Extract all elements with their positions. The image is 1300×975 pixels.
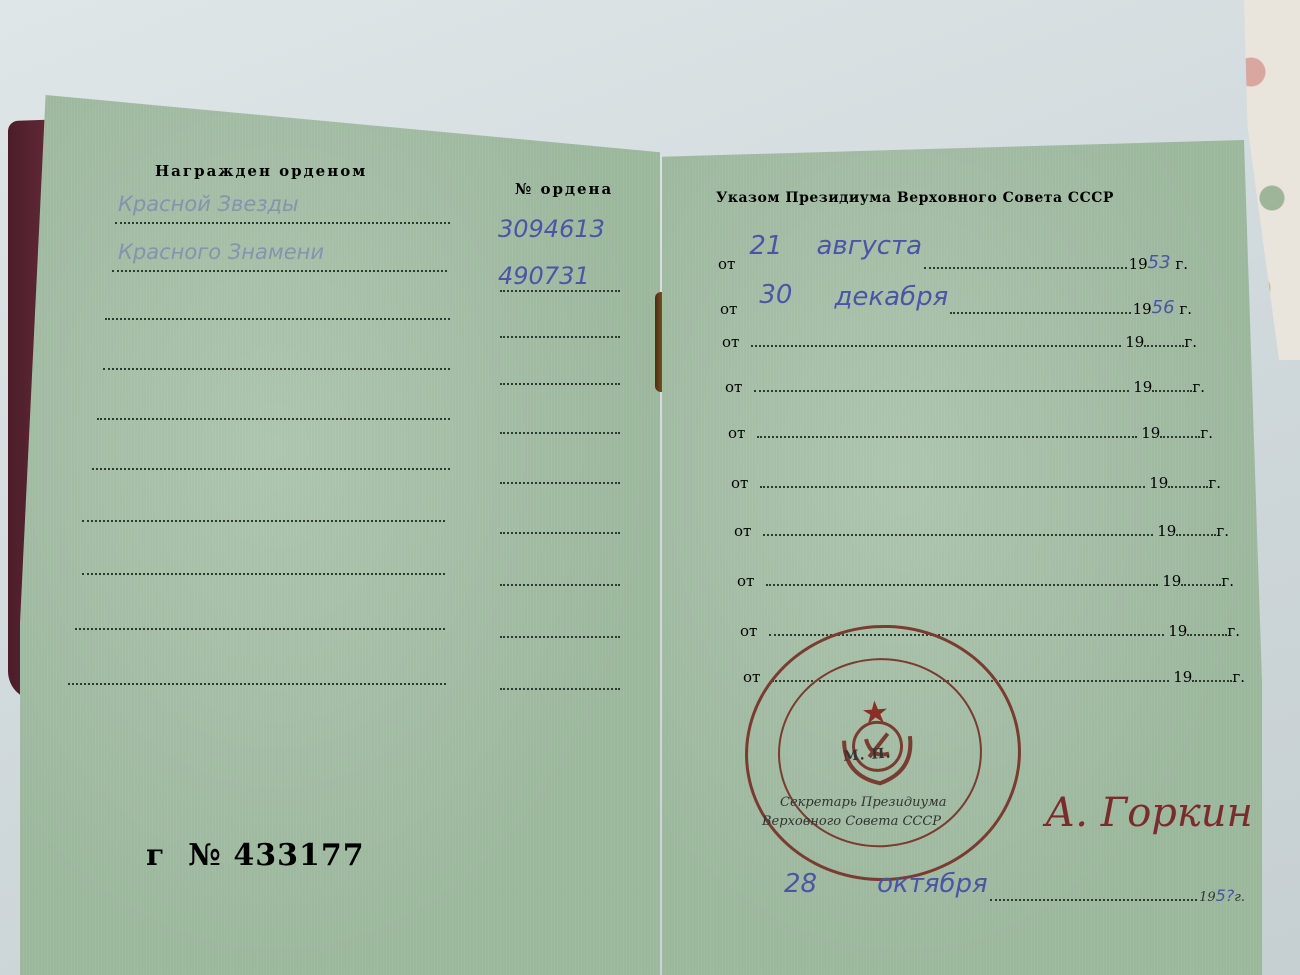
year-suffix: г. xyxy=(1227,622,1240,640)
dotted-line xyxy=(82,520,445,522)
dotted-line xyxy=(75,628,445,630)
serial-prefix: г xyxy=(146,838,165,873)
decree-row-empty: от19г. xyxy=(734,522,1229,540)
decree-1-month: августа xyxy=(816,231,922,261)
decree-2-year: 56 xyxy=(1152,297,1175,318)
header-awarded: Награжден орденом xyxy=(155,162,367,180)
dotted-line xyxy=(500,532,620,534)
secretary-signature: А. Горкин xyxy=(1045,790,1253,836)
award-2-order: Красного Знамени xyxy=(118,240,324,264)
decree-row-empty: от19г. xyxy=(740,622,1240,640)
row-prefix: от xyxy=(737,572,754,590)
stamp-place-label: М. П. xyxy=(843,745,892,764)
serial-sign: № xyxy=(188,838,222,873)
year-suffix: г. xyxy=(1175,255,1188,273)
decree-row-2: от 30 декабря 1956 г. xyxy=(720,288,1192,318)
dotted-line xyxy=(105,318,450,320)
year-suffix: г. xyxy=(1232,668,1245,686)
row-prefix: от xyxy=(731,474,748,492)
year-suffix: г. xyxy=(1184,333,1197,351)
row-prefix: от xyxy=(722,333,739,351)
dotted-line xyxy=(500,290,620,292)
decree-header: Указом Президиума Верховного Совета СССР xyxy=(716,190,1114,206)
award-1-number: 3094613 xyxy=(498,215,605,243)
issue-year-prefix: 19 xyxy=(1199,890,1216,905)
decree-row-empty: от19г. xyxy=(728,424,1213,442)
issue-day: 28 xyxy=(784,869,817,899)
dotted-line xyxy=(500,636,620,638)
year-prefix: 19 xyxy=(1133,300,1152,318)
issue-date-row: 28 октября 195?г. xyxy=(760,875,1245,905)
decree-2-month: декабря xyxy=(834,282,948,312)
dotted-line xyxy=(115,222,450,224)
year-suffix: г. xyxy=(1221,572,1234,590)
serial-number: 433177 xyxy=(233,838,364,873)
award-1-order: Красной Звезды xyxy=(118,192,299,216)
issue-year-suffix: г. xyxy=(1234,890,1245,905)
ussr-coat-of-arms-icon xyxy=(829,695,925,791)
dotted-line xyxy=(112,270,447,272)
issue-month: октября xyxy=(877,869,988,899)
year-prefix: 19 xyxy=(1173,668,1192,686)
dotted-line xyxy=(500,432,620,434)
year-prefix: 19 xyxy=(1129,255,1148,273)
decree-row-1: от 21 августа 1953 г. xyxy=(718,243,1188,273)
decree-1-year: 53 xyxy=(1148,252,1171,273)
year-prefix: 19 xyxy=(1162,572,1181,590)
year-prefix: 19 xyxy=(1133,378,1152,396)
year-suffix: г. xyxy=(1179,300,1192,318)
dotted-line xyxy=(500,584,620,586)
row-prefix: от xyxy=(740,622,757,640)
secretary-title-line2: Верховного Совета СССР xyxy=(762,814,941,829)
year-suffix: г. xyxy=(1200,424,1213,442)
year-prefix: 19 xyxy=(1125,333,1144,351)
row-prefix: от xyxy=(718,255,735,273)
dotted-line xyxy=(97,418,450,420)
decree-row-empty: от19г. xyxy=(725,378,1205,396)
header-order-number: № ордена xyxy=(515,180,613,198)
decree-1-day: 21 xyxy=(749,231,782,261)
secretary-title-line1: Секретарь Президиума xyxy=(780,795,947,810)
row-prefix: от xyxy=(734,522,751,540)
dotted-line xyxy=(500,688,620,690)
row-prefix: от xyxy=(728,424,745,442)
year-prefix: 19 xyxy=(1141,424,1160,442)
year-prefix: 19 xyxy=(1149,474,1168,492)
dotted-line xyxy=(82,573,445,575)
issue-year: 5? xyxy=(1216,886,1235,905)
year-prefix: 19 xyxy=(1157,522,1176,540)
year-suffix: г. xyxy=(1216,522,1229,540)
award-2-number: 490731 xyxy=(498,262,590,290)
dotted-line xyxy=(68,683,446,685)
decree-row-empty: от19г. xyxy=(731,474,1221,492)
row-prefix: от xyxy=(743,668,760,686)
dotted-line xyxy=(500,383,620,385)
row-prefix: от xyxy=(720,300,737,318)
year-suffix: г. xyxy=(1208,474,1221,492)
dotted-line xyxy=(103,368,450,370)
dotted-line xyxy=(92,468,450,470)
year-suffix: г. xyxy=(1192,378,1205,396)
dotted-line xyxy=(500,336,620,338)
dotted-line xyxy=(500,482,620,484)
booklet-serial: г № 433177 xyxy=(146,838,365,873)
decree-row-empty: от19г. xyxy=(722,333,1197,351)
year-prefix: 19 xyxy=(1168,622,1187,640)
decree-2-day: 30 xyxy=(759,280,792,310)
row-prefix: от xyxy=(725,378,742,396)
decree-row-empty: от19г. xyxy=(737,572,1234,590)
